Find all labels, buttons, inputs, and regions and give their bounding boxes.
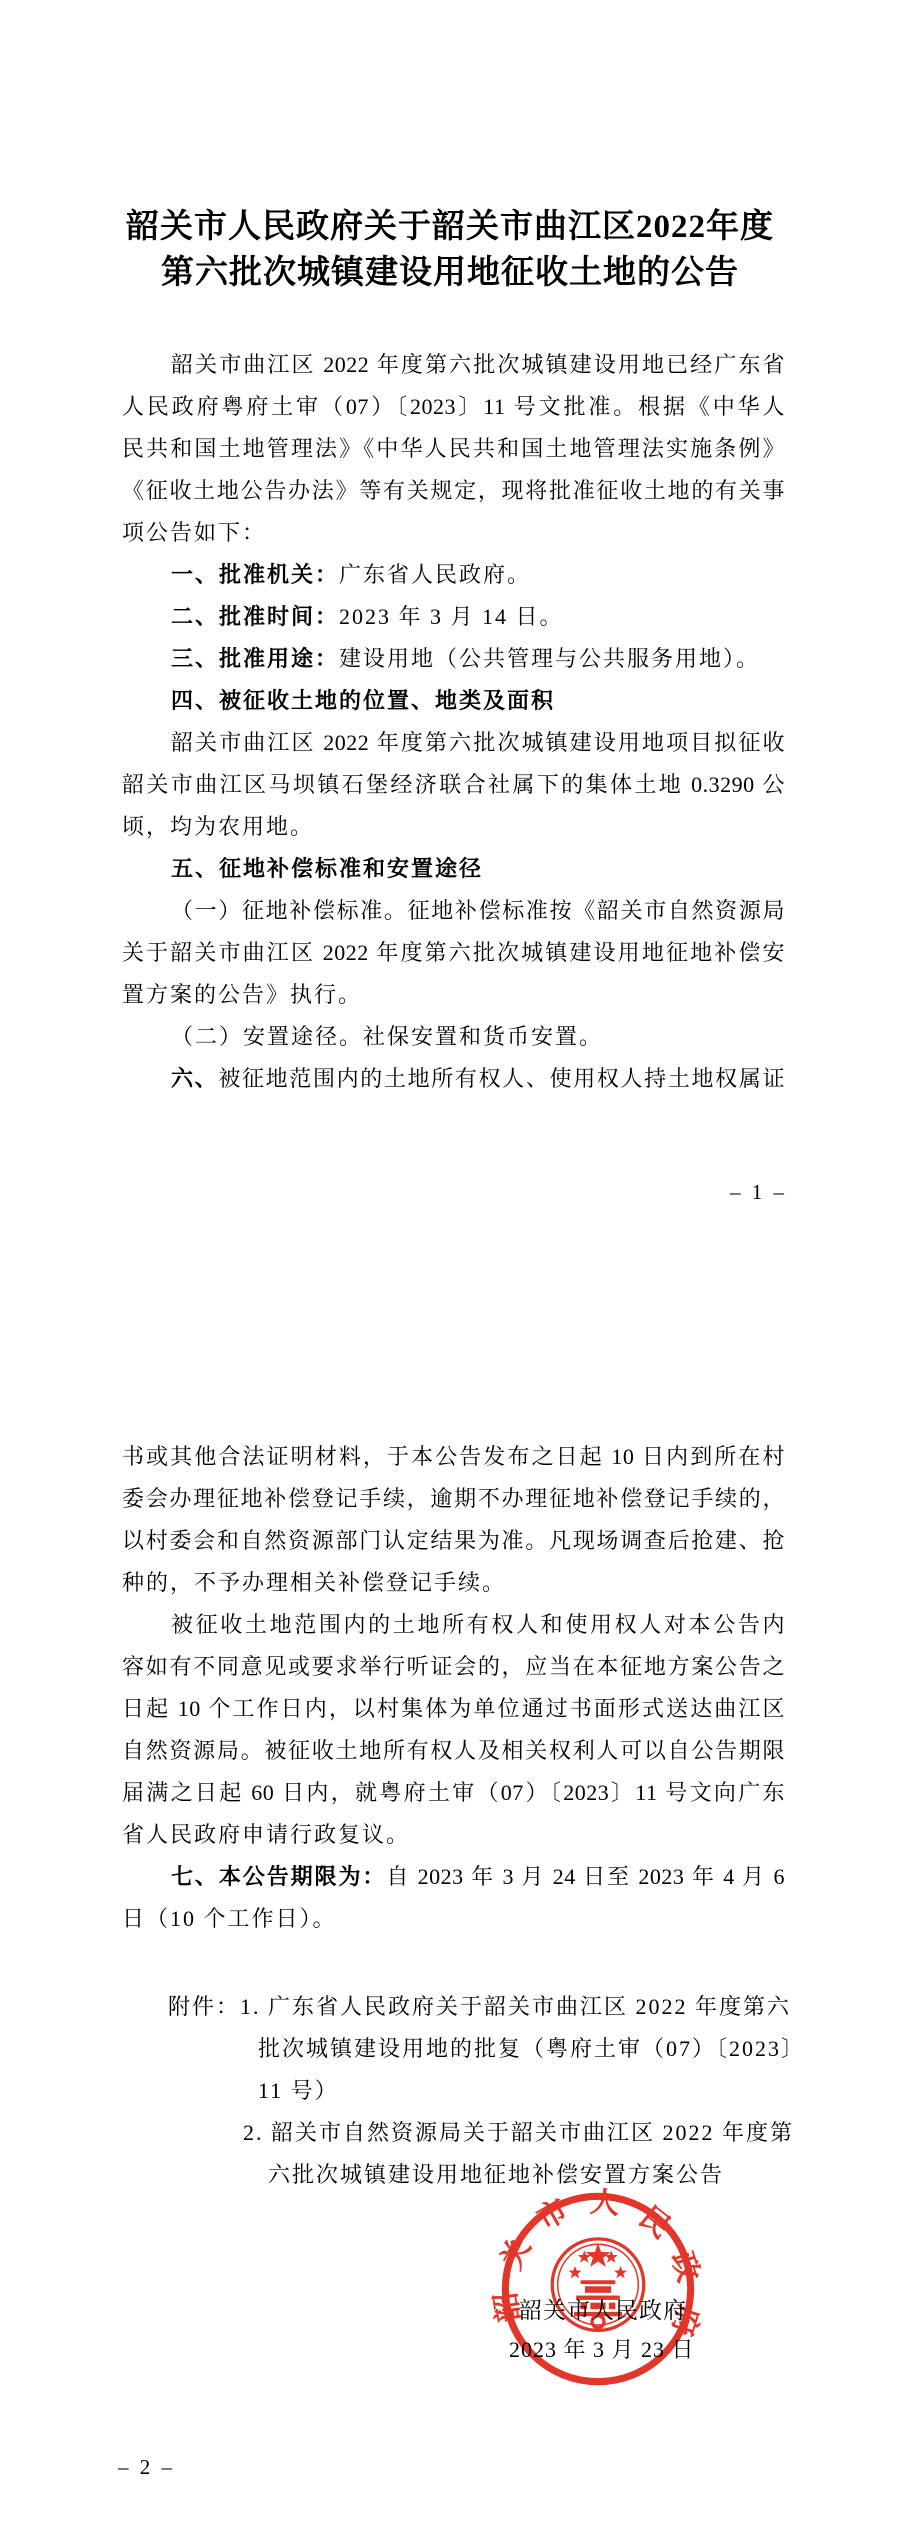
text-line: 二、批准时间：2023 年 3 月 14 日。 (122, 596, 785, 638)
text-run: 届满之日起 60 日内，就粤府土审（07）〔2023〕11 号文向广东 (122, 1780, 785, 1805)
text-line: 民共和国土地管理法》《中华人民共和国土地管理法实施条例》 (122, 428, 785, 470)
text-line: （二）安置途径。社保安置和货币安置。 (122, 1016, 785, 1058)
text-run: 批次城镇建设用地的批复（粤府土审（07）〔2023〕 (258, 2036, 805, 2061)
text-line: 项公告如下： (122, 512, 785, 554)
text-line: 置方案的公告》执行。 (122, 974, 785, 1016)
text-run: 2023 年 3 月 14 日。 (339, 604, 564, 629)
text-line: 韶关市曲江区 2022 年度第六批次城镇建设用地已经广东省 (122, 344, 785, 386)
text-line: 六、被征地范围内的土地所有权人、使用权人持土地权属证 (122, 1058, 785, 1100)
text-run: 委会办理征地补偿登记手续，逾期不办理征地补偿登记手续的， (122, 1486, 785, 1511)
text-run: （二）安置途径。社保安置和货币安置。 (171, 1024, 603, 1049)
text-run: 容如有不同意见或要求举行听证会的，应当在本征地方案公告之 (122, 1654, 785, 1679)
title-line-2: 第六批次城镇建设用地征收土地的公告 (70, 250, 830, 296)
text-run: 以村委会和自然资源部门认定结果为准。凡现场调查后抢建、抢 (122, 1528, 785, 1553)
official-seal: 韶关市人民政府 (489, 2180, 707, 2398)
text-run: 日（10 个工作日）。 (122, 1906, 337, 1931)
text-run: 民共和国土地管理法》《中华人民共和国土地管理法实施条例》 (122, 436, 785, 461)
text-run: （一）征地补偿标准。征地补偿标准按《韶关市自然资源局 (171, 898, 785, 923)
text-line: 顷，均为农用地。 (122, 806, 785, 848)
text-line: （一）征地补偿标准。征地补偿标准按《韶关市自然资源局 (122, 890, 785, 932)
text-line: 日（10 个工作日）。 (122, 1898, 785, 1940)
bold-run: 二、批准时间： (171, 604, 339, 629)
bold-run: 四、被征收土地的位置、地类及面积 (171, 688, 555, 713)
bold-run: 六、 (171, 1066, 218, 1091)
text-line: 关于韶关市曲江区 2022 年度第六批次城镇建设用地征地补偿安 (122, 932, 785, 974)
text-line: 以村委会和自然资源部门认定结果为准。凡现场调查后抢建、抢 (122, 1520, 785, 1562)
bold-run: 一、批准机关： (171, 562, 339, 587)
text-line: 届满之日起 60 日内，就粤府土审（07）〔2023〕11 号文向广东 (122, 1772, 785, 1814)
text-line: 委会办理征地补偿登记手续，逾期不办理征地补偿登记手续的， (122, 1478, 785, 1520)
text-line: 自然资源局。被征收土地所有权人及相关权利人可以自公告期限 (122, 1730, 785, 1772)
national-emblem-icon (552, 2239, 644, 2331)
text-run: 项公告如下： (122, 520, 266, 545)
text-run: 日起 10 个工作日内，以村集体为单位通过书面形式送达曲江区 (122, 1696, 785, 1721)
text-run: 省人民政府申请行政复议。 (122, 1822, 410, 1847)
text-run: 顷，均为农用地。 (122, 814, 314, 839)
document-title: 韶关市人民政府关于韶关市曲江区2022年度 第六批次城镇建设用地征收土地的公告 (70, 204, 830, 296)
text-run: 置方案的公告》执行。 (122, 982, 362, 1007)
text-run: 建设用地（公共管理与公共服务用地）。 (339, 646, 760, 671)
bold-run: 五、征地补偿标准和安置途径 (171, 856, 483, 881)
text-run: 附件：1. 广东省人民政府关于韶关市曲江区 2022 年度第六 (168, 1994, 791, 2019)
text-run: 人民政府粤府土审（07）〔2023〕11 号文批准。根据《中华人 (122, 394, 785, 419)
text-run: 2. 韶关市自然资源局关于韶关市曲江区 2022 年度第 (243, 2120, 794, 2145)
text-line: 三、批准用途：建设用地（公共管理与公共服务用地）。 (122, 638, 785, 680)
text-line: 容如有不同意见或要求举行听证会的，应当在本征地方案公告之 (122, 1646, 785, 1688)
page2-body: 书或其他合法证明材料，于本公告发布之日起 10 日内到所在村委会办理征地补偿登记… (122, 1436, 785, 1940)
page-number-2: – 2 – (118, 2455, 175, 2480)
text-line: 五、征地补偿标准和安置途径 (122, 848, 785, 890)
text-line: 日起 10 个工作日内，以村集体为单位通过书面形式送达曲江区 (122, 1688, 785, 1730)
page1-body: 韶关市曲江区 2022 年度第六批次城镇建设用地已经广东省人民政府粤府土审（07… (122, 344, 785, 1100)
text-run: 韶关市曲江区马坝镇石堡经济联合社属下的集体土地 0.3290 公 (122, 772, 785, 797)
text-line: 七、本公告期限为：自 2023 年 3 月 24 日至 2023 年 4 月 6 (122, 1856, 785, 1898)
text-run: 被征地范围内的土地所有权人、使用权人持土地权属证 (218, 1066, 785, 1091)
text-line: 韶关市曲江区 2022 年度第六批次城镇建设用地项目拟征收 (122, 722, 785, 764)
text-line: 附件：1. 广东省人民政府关于韶关市曲江区 2022 年度第六 (168, 1986, 785, 2028)
text-line: 批次城镇建设用地的批复（粤府土审（07）〔2023〕 (258, 2028, 785, 2070)
text-run: 广东省人民政府。 (339, 562, 531, 587)
bold-run: 七、本公告期限为： (171, 1864, 386, 1889)
text-line: 人民政府粤府土审（07）〔2023〕11 号文批准。根据《中华人 (122, 386, 785, 428)
title-line-1: 韶关市人民政府关于韶关市曲江区2022年度 (70, 204, 830, 250)
text-run: 韶关市曲江区 2022 年度第六批次城镇建设用地项目拟征收 (171, 730, 785, 755)
text-run: 韶关市曲江区 2022 年度第六批次城镇建设用地已经广东省 (171, 352, 785, 377)
text-line: 《征收土地公告办法》等有关规定，现将批准征收土地的有关事 (122, 470, 785, 512)
text-line: 2. 韶关市自然资源局关于韶关市曲江区 2022 年度第 (243, 2112, 785, 2154)
text-line: 一、批准机关：广东省人民政府。 (122, 554, 785, 596)
text-line: 四、被征收土地的位置、地类及面积 (122, 680, 785, 722)
page-2: 书或其他合法证明材料，于本公告发布之日起 10 日内到所在村委会办理征地补偿登记… (0, 1273, 900, 2546)
text-run: 11 号） (258, 2078, 339, 2103)
text-run: 《征收土地公告办法》等有关规定，现将批准征收土地的有关事 (122, 478, 785, 503)
page-number-1: – 1 – (730, 1180, 787, 1205)
text-run: 自然资源局。被征收土地所有权人及相关权利人可以自公告期限 (122, 1738, 785, 1763)
text-line: 种的，不予办理相关补偿登记手续。 (122, 1562, 785, 1604)
text-line: 被征收土地范围内的土地所有权人和使用权人对本公告内 (122, 1604, 785, 1646)
bold-run: 三、批准用途： (171, 646, 339, 671)
text-run: 种的，不予办理相关补偿登记手续。 (122, 1570, 506, 1595)
text-run: 关于韶关市曲江区 2022 年度第六批次城镇建设用地征地补偿安 (122, 940, 785, 965)
text-run: 被征收土地范围内的土地所有权人和使用权人对本公告内 (171, 1612, 785, 1637)
text-run: 自 2023 年 3 月 24 日至 2023 年 4 月 6 (386, 1864, 785, 1889)
text-run: 书或其他合法证明材料，于本公告发布之日起 10 日内到所在村 (122, 1444, 785, 1469)
text-line: 省人民政府申请行政复议。 (122, 1814, 785, 1856)
page-1: 韶关市人民政府关于韶关市曲江区2022年度 第六批次城镇建设用地征收土地的公告 … (0, 0, 900, 1273)
attachment-block: 附件：1. 广东省人民政府关于韶关市曲江区 2022 年度第六批次城镇建设用地的… (122, 1986, 785, 2196)
text-line: 11 号） (258, 2070, 785, 2112)
text-line: 韶关市曲江区马坝镇石堡经济联合社属下的集体土地 0.3290 公 (122, 764, 785, 806)
text-line: 书或其他合法证明材料，于本公告发布之日起 10 日内到所在村 (122, 1436, 785, 1478)
